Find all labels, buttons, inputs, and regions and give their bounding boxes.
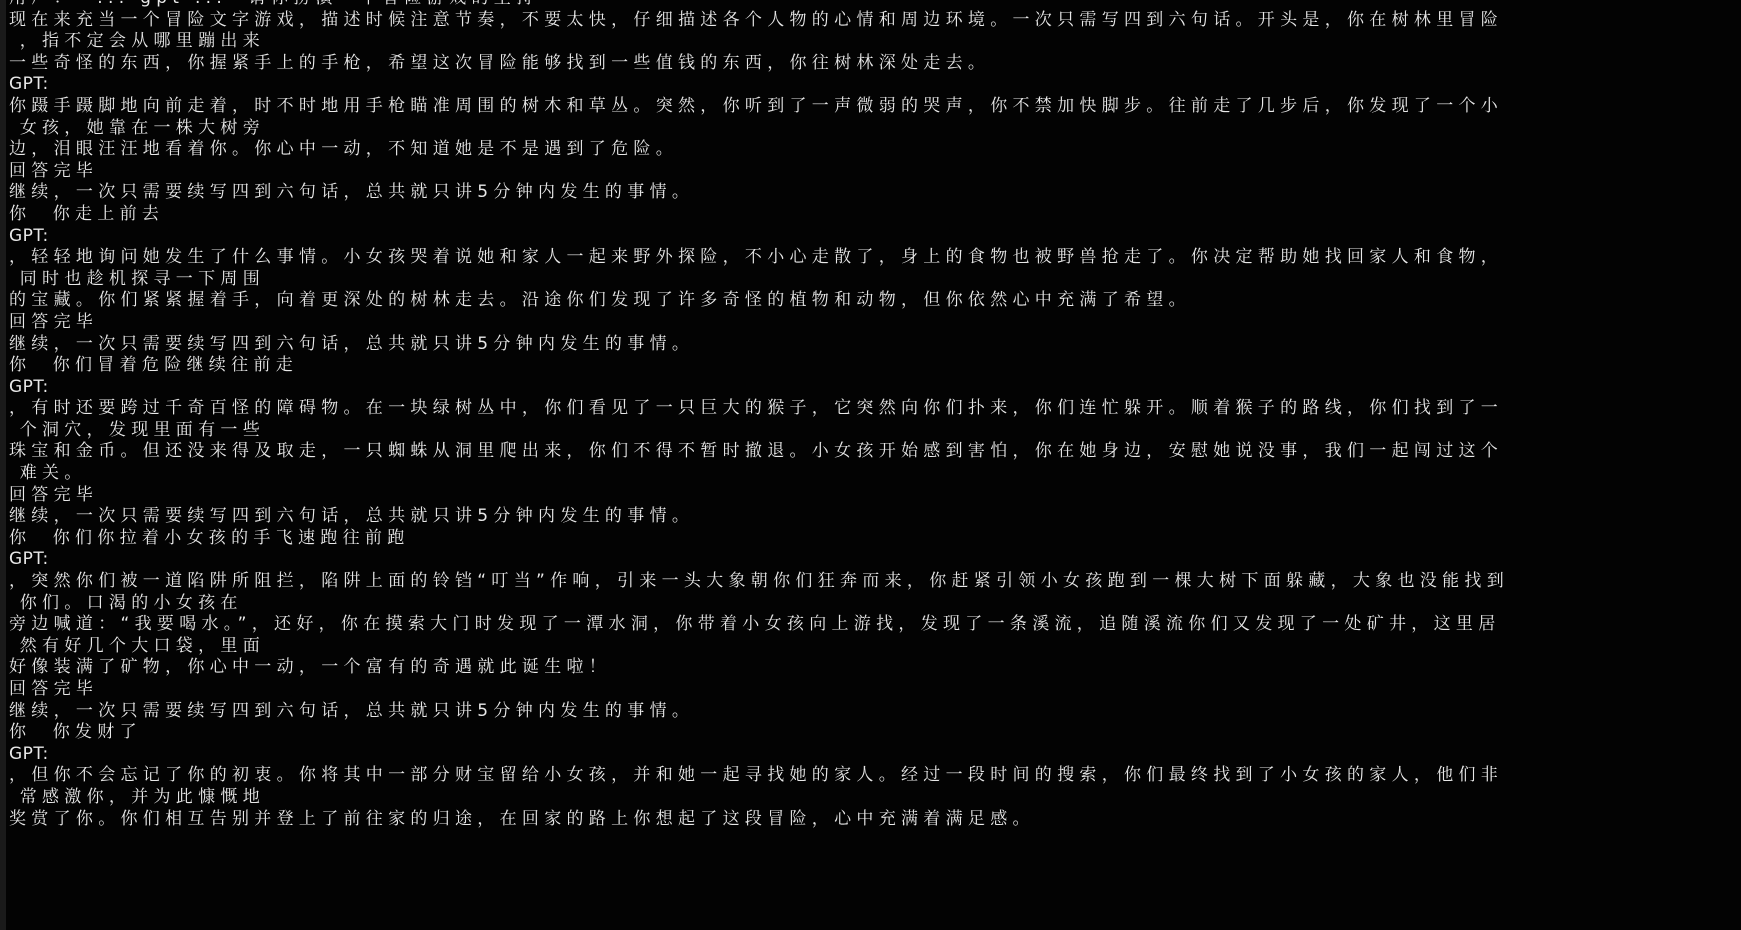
user-input-line: 你 你走上前去 (9, 204, 1741, 226)
response-end-marker: 回答完毕 (9, 679, 1741, 701)
user-prompt-line: 继续，一次只需要续写四到六句话，总共就只讲5分钟内发生的事情。 (9, 334, 1741, 356)
gpt-response-line: 个洞穴，发现里面有一些 (9, 420, 1741, 442)
gpt-label: GPT: (9, 549, 1741, 571)
gpt-response-line: 旁边喊道：“我要喝水。”，还好，你在摸索大门时发现了一潭水洞，你带着小女孩向上游… (9, 614, 1741, 636)
gpt-response-line: 然有好几个大口袋，里面 (9, 636, 1741, 658)
user-prompt-line: 继续，一次只需要续写四到六句话，总共就只讲5分钟内发生的事情。 (9, 182, 1741, 204)
gpt-label: GPT: (9, 226, 1741, 248)
gpt-response-line: ，突然你们被一道陷阱所阻拦，陷阱上面的铃铛“叮当”作响，引来一头大象朝你们狂奔而… (9, 571, 1741, 593)
gpt-response-line: 常感激你，并为此慷慨地 (9, 787, 1741, 809)
gpt-response-line: 的宝藏。你们紧紧握着手，向着更深处的树林走去。沿途你们发现了许多奇怪的植物和动物… (9, 290, 1741, 312)
response-end-marker: 回答完毕 (9, 312, 1741, 334)
gpt-response-line: 同时也趁机探寻一下周围 (9, 269, 1741, 291)
gpt-label: GPT: (9, 74, 1741, 96)
user-prompt-line: 继续，一次只需要续写四到六句话，总共就只讲5分钟内发生的事情。 (9, 506, 1741, 528)
gpt-label: GPT: (9, 744, 1741, 766)
gpt-label: GPT: (9, 377, 1741, 399)
gpt-response-line: ，有时还要跨过千奇百怪的障碍物。在一块绿树丛中，你们看见了一只巨大的猴子，它突然… (9, 398, 1741, 420)
gpt-response-line: 奖赏了你。你们相互告别并登上了前往家的归途，在回家的路上你想起了这段冒险，心中充… (9, 809, 1741, 831)
response-end-marker: 回答完毕 (9, 161, 1741, 183)
terminal-line-clipped: 用户： ... gpt ... 请你扮演一个冒险游戏的主持 (9, 0, 1741, 10)
gpt-response-line: 难关。 (9, 463, 1741, 485)
gpt-response-line: 好像装满了矿物，你心中一动，一个富有的奇遇就此诞生啦！ (9, 657, 1741, 679)
gpt-response-line: ，轻轻地询问她发生了什么事情。小女孩哭着说她和家人一起来野外探险，不小心走散了，… (9, 247, 1741, 269)
user-prompt-line: 继续，一次只需要续写四到六句话，总共就只讲5分钟内发生的事情。 (9, 701, 1741, 723)
terminal-output: 用户： ... gpt ... 请你扮演一个冒险游戏的主持 现在来充当一个冒险文… (9, 0, 1741, 830)
user-input-line: 你 你们冒着危险继续往前走 (9, 355, 1741, 377)
user-input-line: 你 你发财了 (9, 722, 1741, 744)
gpt-response-line: ，但你不会忘记了你的初衷。你将其中一部分财宝留给小女孩，并和她一起寻找她的家人。… (9, 765, 1741, 787)
gpt-response-line: 女孩，她靠在一株大树旁 (9, 118, 1741, 140)
user-prompt-line: ，指不定会从哪里蹦出来 (9, 31, 1741, 53)
user-prompt-line: 一些奇怪的东西，你握紧手上的手枪，希望这次冒险能够找到一些值钱的东西，你往树林深… (9, 53, 1741, 75)
user-input-line: 你 你们你拉着小女孩的手飞速跑往前跑 (9, 528, 1741, 550)
gpt-response-line: 你们。口渴的小女孩在 (9, 593, 1741, 615)
terminal-window[interactable]: 用户： ... gpt ... 请你扮演一个冒险游戏的主持 现在来充当一个冒险文… (0, 0, 1741, 930)
gpt-response-line: 珠宝和金币。但还没来得及取走，一只蜘蛛从洞里爬出来，你们不得不暂时撤退。小女孩开… (9, 441, 1741, 463)
user-prompt-line: 现在来充当一个冒险文字游戏，描述时候注意节奏，不要太快，仔细描述各个人物的心情和… (9, 10, 1741, 32)
response-end-marker: 回答完毕 (9, 485, 1741, 507)
gpt-response-line: 边，泪眼汪汪地看着你。你心中一动，不知道她是不是遇到了危险。 (9, 139, 1741, 161)
gpt-response-line: 你蹑手蹑脚地向前走着，时不时地用手枪瞄准周围的树木和草丛。突然，你听到了一声微弱… (9, 96, 1741, 118)
